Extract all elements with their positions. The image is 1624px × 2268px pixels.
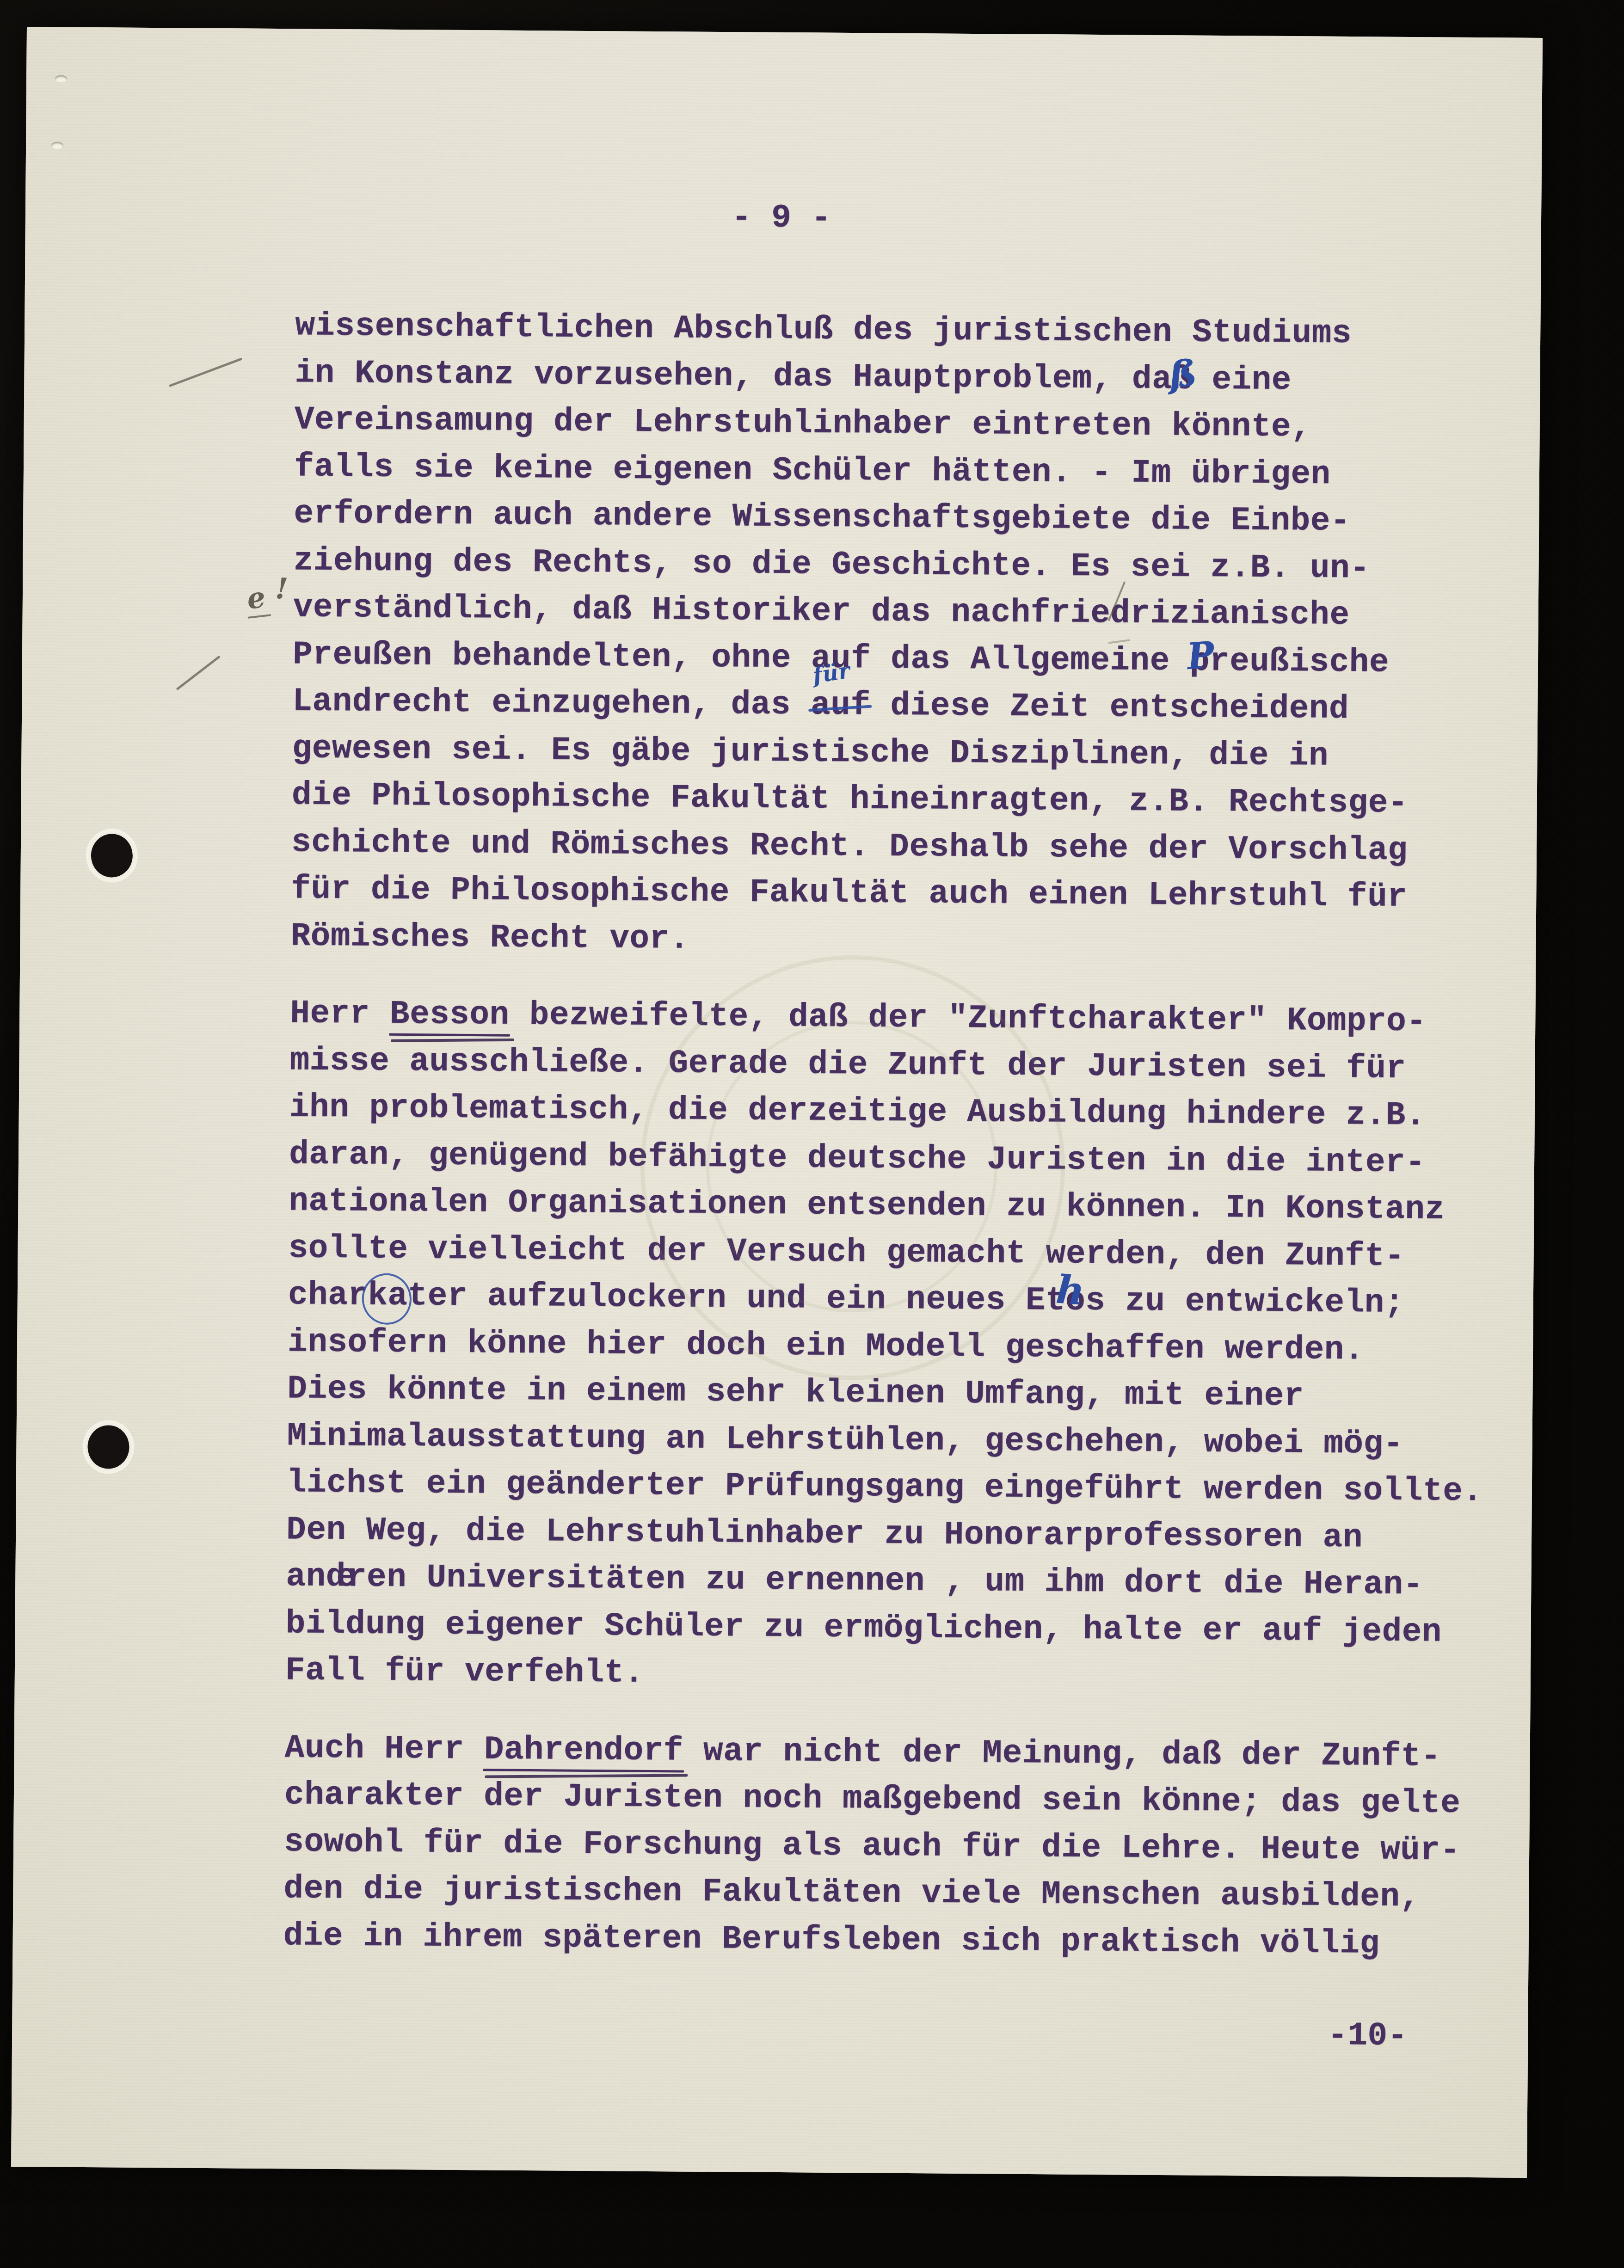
typed-text: reußische [1210, 643, 1390, 681]
hole-punch [91, 834, 133, 878]
handwritten-overlay: P [1186, 637, 1216, 675]
correction-blueOver: ßß [1172, 363, 1192, 396]
typed-text: Vereinsamung der Lehrstuhlinhaber eintre… [294, 401, 1311, 446]
pencil-margin-note: e! [245, 580, 289, 614]
embossed-seal [705, 1020, 999, 1314]
typed-text: den die juristischen Fakultäten viele Me… [283, 1870, 1420, 1916]
typed-text: os zu entwickeln; [1065, 1283, 1404, 1322]
typed-text: ren Universitäten zu ernennen , um ihm d… [347, 1559, 1423, 1604]
hole-punch [87, 1425, 129, 1469]
correction-u2: Besson [390, 998, 510, 1032]
typed-text: falls sie keine eigenen Schüler hätten. … [294, 449, 1331, 493]
correction-blueOver: pP [1190, 645, 1210, 678]
typed-line: Minimalausstattung an Lehrstühlen, gesch… [287, 1420, 1403, 1461]
margin-note-letter: e [244, 580, 271, 619]
typed-line: den die juristischen Fakultäten viele Me… [283, 1873, 1420, 1914]
typed-text: Minimalausstattung an Lehrstühlen, gesch… [287, 1418, 1403, 1463]
scan-background: - 9 - wissenschaftlichen Abschluß des ju… [0, 0, 1624, 2268]
pencil-slash-mark [169, 357, 242, 387]
typed-line: sowohl für die Forschung als auch für di… [284, 1826, 1460, 1868]
typed-text: eine [1192, 361, 1292, 399]
typed-text: rizianische [1130, 596, 1350, 634]
next-page-catchword: -10- [1328, 2020, 1408, 2053]
typed-line: Vereinsamung der Lehrstuhlinhaber eintre… [295, 404, 1311, 444]
typed-text: Fall für verfehlt. [285, 1652, 645, 1692]
correction-blueIns: hh [1065, 1285, 1066, 1318]
typed-line: die in ihrem späteren Berufsleben sich p… [283, 1920, 1379, 1961]
typed-line: Landrecht einzugehen, das auffür diese Z… [292, 685, 1349, 726]
staple-hole [51, 141, 63, 149]
typed-line: ziehung des Rechts, so die Geschichte. E… [293, 545, 1370, 585]
typed-line: bildung eigener Schüler zu ermöglichen, … [285, 1608, 1442, 1649]
typed-text: erfordern auch andere Wissenschaftsgebie… [294, 495, 1350, 540]
typed-text: char [288, 1277, 368, 1314]
typed-text: die in ihrem späteren Berufsleben sich p… [283, 1918, 1379, 1962]
typed-line: in Konstanz vorzusehen, das Hauptproblem… [295, 357, 1292, 397]
typed-text: Herr [290, 995, 390, 1033]
typed-line: falls sie keine eigenen Schüler hätten. … [294, 451, 1331, 491]
typed-line: schichte und Römisches Recht. Deshalb se… [291, 826, 1408, 867]
typed-text: gewesen sei. Es gäbe juristische Diszipl… [292, 730, 1329, 774]
typed-text: Den Weg, die Lehrstuhlinhaber zu Honorar… [286, 1512, 1363, 1556]
correction-strikeBlue: auffür [811, 689, 871, 722]
handwritten-overlay: ß [1168, 355, 1198, 393]
typed-text: wissenschaftlichen Abschluß des juristis… [295, 307, 1352, 352]
typed-line: Den Weg, die Lehrstuhlinhaber zu Honorar… [286, 1514, 1363, 1555]
typed-text: bildung eigener Schüler zu ermöglichen, … [285, 1605, 1442, 1651]
typed-text: an [286, 1558, 326, 1596]
typed-line: wissenschaftlichen Abschluß des juristis… [295, 310, 1352, 350]
document-page: - 9 - wissenschaftlichen Abschluß des ju… [11, 27, 1543, 2178]
typed-text: Preußen behandelten, ohne auf das Allgem… [293, 636, 1190, 680]
typed-line: anderen Universitäten zu ernennen , um i… [286, 1561, 1423, 1602]
typed-text: diese Zeit entscheidend [870, 687, 1349, 728]
typed-line: Römisches Recht vor. [290, 920, 689, 956]
typed-text: lichst ein geänderter Prüfungsgang einge… [287, 1464, 1483, 1510]
typed-text: die Philosophische Fakultät hineinragten… [292, 777, 1409, 822]
typed-line: charakter der Juristen noch maßgebend se… [284, 1779, 1461, 1820]
handwritten-overlay: für [812, 660, 852, 687]
typed-text: Römisches Recht vor. [290, 918, 689, 958]
correction-loopBlue: ka [368, 1279, 408, 1313]
typed-text: schichte und Römisches Recht. Deshalb se… [291, 824, 1408, 869]
typed-text: charakter der Juristen noch maßgebend se… [284, 1776, 1461, 1822]
correction-u2: Dahrendorf [484, 1733, 684, 1768]
typed-line: Dies könnte in einem sehr kleinen Umfang… [287, 1373, 1304, 1413]
typed-text: verständlich, daß Historiker das nachfri… [293, 589, 1111, 632]
typed-line: lichst ein geänderter Prüfungsgang einge… [287, 1467, 1483, 1508]
typed-line: die Philosophische Fakultät hineinragten… [292, 779, 1408, 820]
typed-text: war nicht der Meinung, daß der Zunft- [683, 1733, 1441, 1775]
staple-hole [55, 75, 67, 82]
typed-text-block: wissenschaftlichen Abschluß des juristis… [27, 27, 1543, 38]
correction-squeeze: de [326, 1559, 347, 1596]
typed-line: erfordern auch andere Wissenschaftsgebie… [294, 498, 1350, 538]
typed-line: Fall für verfehlt. [285, 1654, 644, 1690]
typed-text: sowohl für die Forschung als auch für di… [284, 1824, 1460, 1869]
typed-line: gewesen sei. Es gäbe juristische Diszipl… [292, 732, 1329, 773]
handwritten-overlay: h [1055, 1270, 1086, 1310]
typed-line: Auch Herr Dahrendorf war nicht der Meinu… [284, 1732, 1441, 1773]
margin-note-exclamation: ! [275, 574, 289, 603]
typed-text: in Konstanz vorzusehen, das Hauptproblem… [295, 355, 1172, 398]
typed-text: Landrecht einzugehen, das [292, 683, 811, 724]
typed-text: Auch Herr [284, 1730, 484, 1768]
page-number: - 9 - [732, 202, 831, 235]
typed-line: für die Philosophische Fakultät auch ein… [291, 873, 1407, 914]
pencil-slash-mark [176, 655, 221, 690]
typed-line: verständlich, daß Historiker das nachfri… [293, 591, 1350, 632]
typed-text: für die Philosophische Fakultät auch ein… [291, 871, 1408, 916]
typed-text: Dies könnte in einem sehr kleinen Umfang… [287, 1371, 1304, 1415]
typed-text: ziehung des Rechts, so die Geschichte. E… [293, 542, 1370, 587]
correction-penIns: d [1110, 597, 1131, 630]
